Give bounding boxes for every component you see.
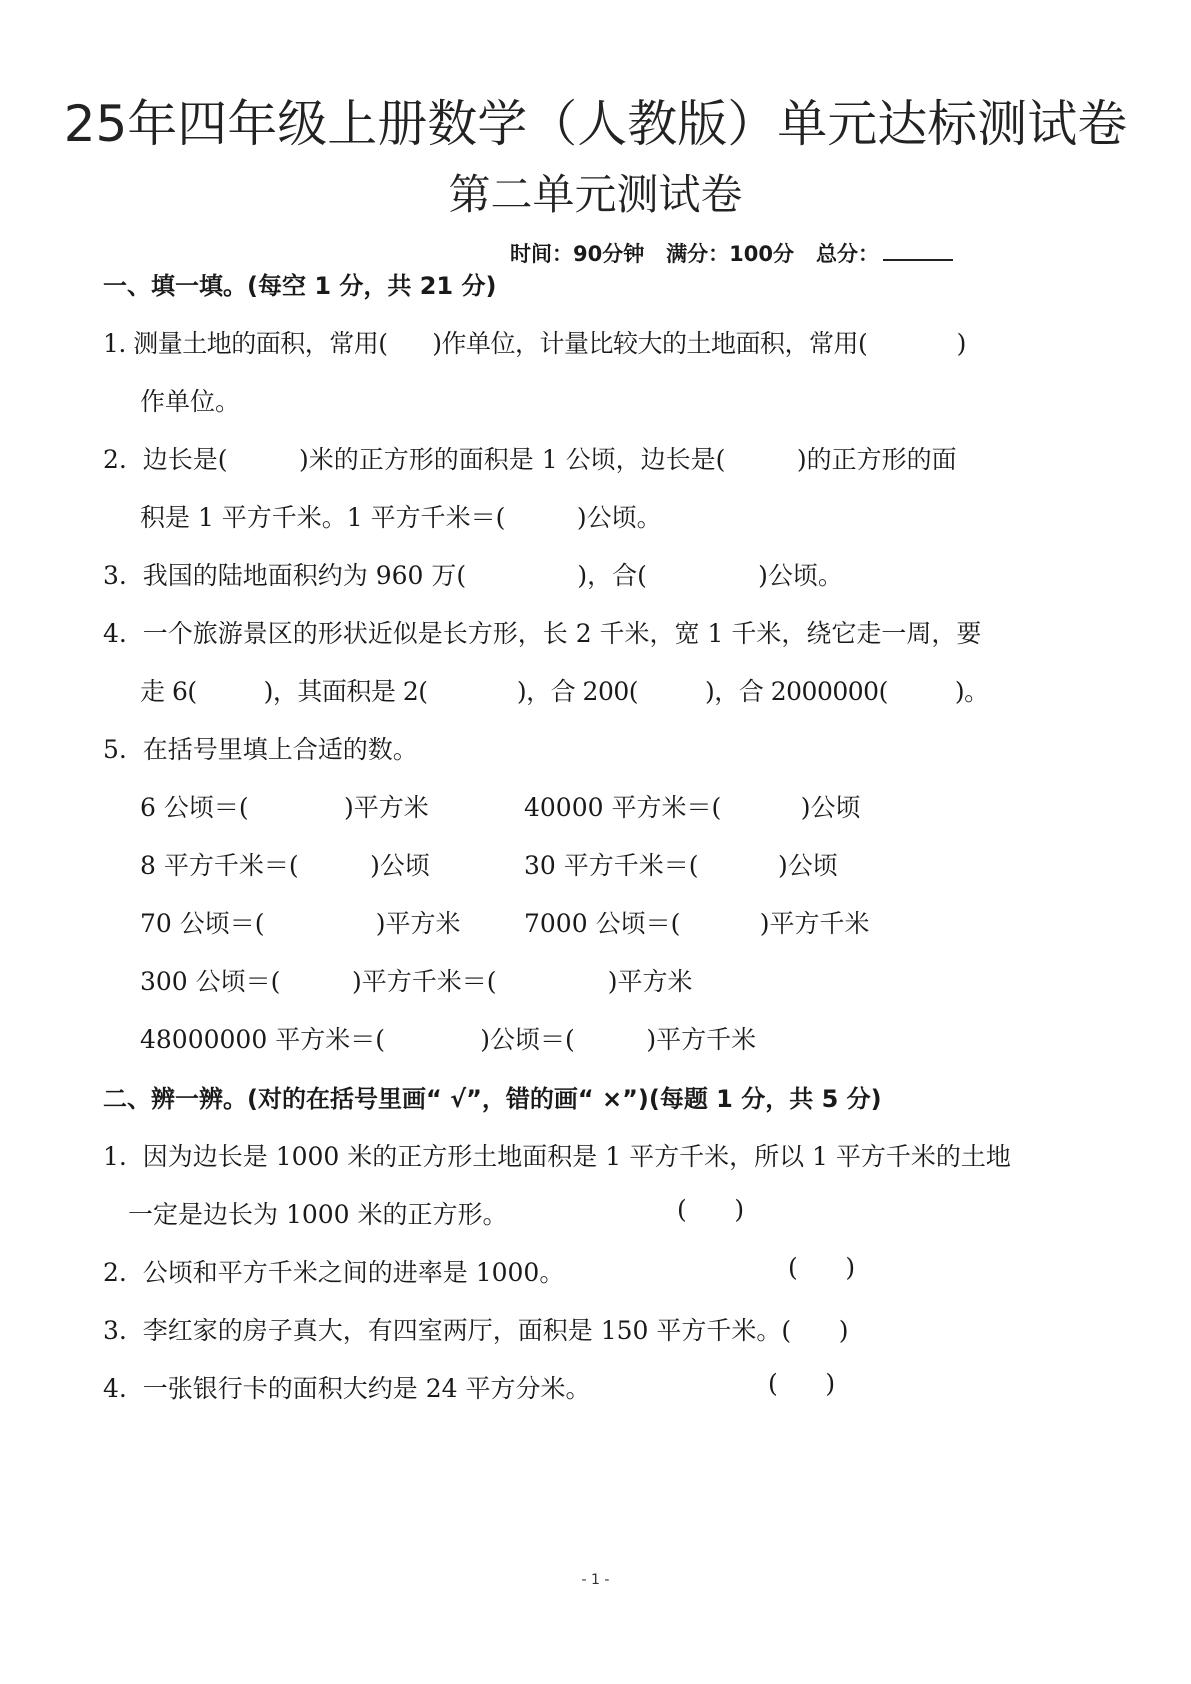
s1-q5-item-5: 48000000 平方米＝( )公顷＝( )平方千米 [140, 1020, 756, 1056]
s1-q5-item-2-left: 8 平方千米＝( )公顷 [140, 846, 430, 882]
s2-q4-line1: 4. 一张银行卡的面积大约是 24 平方分米。 [103, 1369, 590, 1405]
s1-q4-line2: 走 6( )，其面积是 2( )，合 200( )，合 2000000( )。 [140, 672, 989, 708]
s2-q1-line1: 1. 因为边长是 1000 米的正方形土地面积是 1 平方千米，所以 1 平方千… [103, 1137, 1011, 1173]
s1-q4-line1: 4. 一个旅游景区的形状近似是长方形，长 2 千米，宽 1 千米，绕它走一周，要 [103, 614, 981, 650]
total-score-blank[interactable] [883, 241, 953, 261]
s1-q5-item-1-right: 40000 平方米＝( )公顷 [524, 788, 860, 824]
exam-title: 25年四年级上册数学（人教版）单元达标测试卷 [0, 84, 1191, 156]
s1-q5-item-3-right: 7000 公顷＝( )平方千米 [524, 904, 870, 940]
section1-heading: 一、填一填。(每空 1 分，共 21 分) [103, 266, 496, 301]
time-label: 时间：90分钟 [510, 242, 644, 266]
exam-page: 25年四年级上册数学（人教版）单元达标测试卷 第二单元测试卷 时间：90分钟 满… [0, 0, 1191, 1684]
s1-q5-item-1-left: 6 公顷＝( )平方米 [140, 788, 429, 824]
s1-q2-line1: 2. 边长是( )米的正方形的面积是 1 公顷，边长是( )的正方形的面 [103, 440, 957, 476]
s2-q2-line1: 2. 公顷和平方千米之间的进率是 1000。 [103, 1253, 564, 1289]
s1-q2-line2: 积是 1 平方千米。1 平方千米＝( )公顷。 [140, 498, 662, 534]
s1-q1-line2: 作单位。 [140, 382, 240, 418]
s2-q3-line1: 3. 李红家的房子真大，有四室两厅，面积是 150 平方千米。( ) [103, 1311, 849, 1347]
exam-meta: 时间：90分钟 满分：100分 总分： [510, 238, 953, 268]
full-score-label: 满分：100分 [666, 242, 794, 266]
s1-q1-line1: 1. 测量土地的面积，常用( )作单位，计量比较大的土地面积，常用( ) [103, 324, 966, 360]
s1-q5-item-2-right: 30 平方千米＝( )公顷 [524, 846, 838, 882]
s2-q4-answer-paren[interactable]: ( ) [768, 1369, 835, 1398]
s2-q1-line2: 一定是边长为 1000 米的正方形。 [128, 1195, 508, 1231]
s2-q1-answer-paren[interactable]: ( ) [677, 1195, 744, 1224]
page-number: - 1 - [0, 1572, 1191, 1588]
s1-q5-item-3-left: 70 公顷＝( )平方米 [140, 904, 461, 940]
s1-q3-line1: 3. 我国的陆地面积约为 960 万( )，合( )公顷。 [103, 556, 843, 592]
exam-subtitle: 第二单元测试卷 [0, 162, 1191, 222]
section2-heading: 二、辨一辨。(对的在括号里画“ √”，错的画“ ×”)(每题 1 分，共 5 分… [103, 1079, 882, 1114]
s1-q5-item-4: 300 公顷＝( )平方千米＝( )平方米 [140, 962, 692, 998]
total-score-label: 总分： [816, 242, 879, 266]
s1-q5-line1: 5. 在括号里填上合适的数。 [103, 730, 418, 766]
s2-q2-answer-paren[interactable]: ( ) [788, 1253, 855, 1282]
